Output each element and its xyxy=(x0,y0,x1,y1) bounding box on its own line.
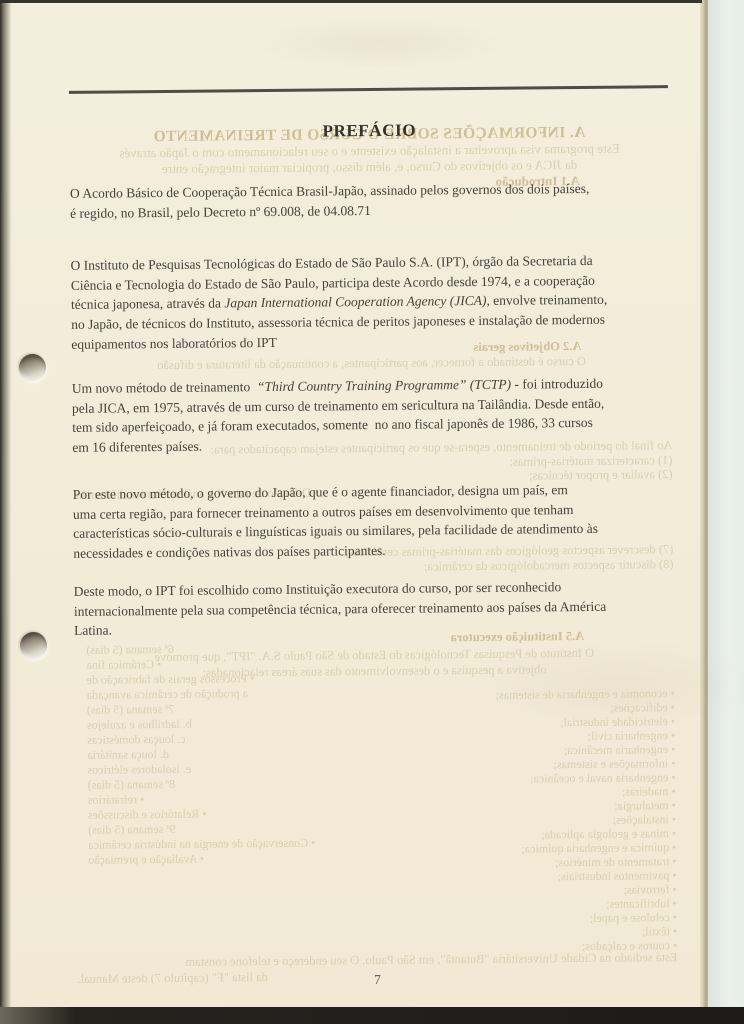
paragraph: O Acordo Básico de Cooperação Técnica Br… xyxy=(70,178,690,223)
document-title: PREFÁCIO xyxy=(69,118,669,144)
bleedthrough-text: 6ª semana (5 dias)• Cerâmica fina• Proce… xyxy=(86,640,423,868)
paragraph: Deste modo, o IPT foi escolhido como Ins… xyxy=(74,576,695,641)
paragraph: Por este novo método, o governo do Japão… xyxy=(73,479,694,564)
bleedthrough-text: • economia e engenharia de sistemas;• ed… xyxy=(75,686,678,958)
page-number: 7 xyxy=(77,969,677,991)
punch-hole xyxy=(20,632,47,659)
page-content: A. INFORMAÇÕES SOBRE O CURSO DE TREINAME… xyxy=(0,0,744,1024)
paragraph: O Instituto de Pesquisas Tecnológicas do… xyxy=(71,250,692,354)
scan-bottom-edge xyxy=(0,1007,744,1024)
scanned-document-page: A. INFORMAÇÕES SOBRE O CURSO DE TREINAME… xyxy=(0,0,744,1024)
scan-top-edge xyxy=(0,0,702,3)
horizontal-rule xyxy=(69,85,668,94)
scan-left-edge xyxy=(0,0,12,1024)
paragraph: Um novo método de treinamento “Third Cou… xyxy=(72,373,693,458)
punch-hole xyxy=(19,354,46,381)
